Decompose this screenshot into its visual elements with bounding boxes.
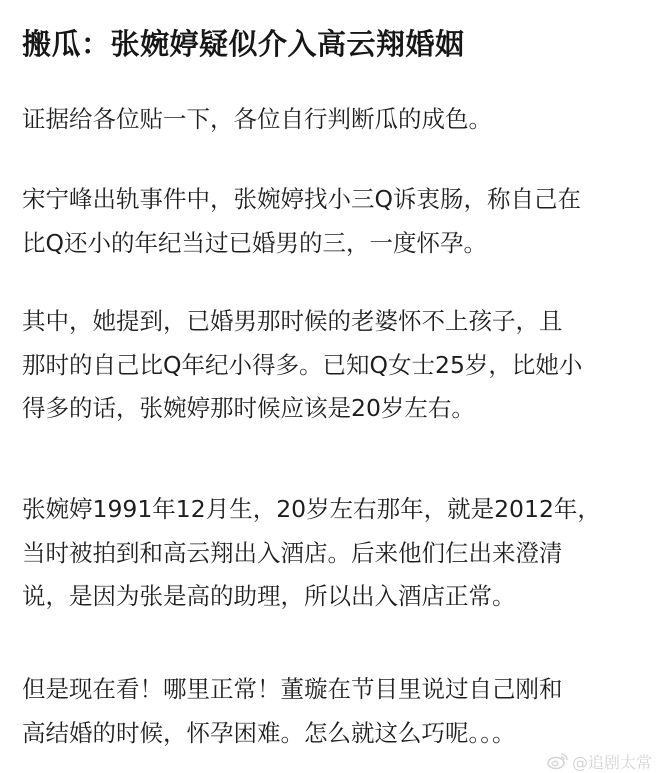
paragraph-line: 当时被拍到和高云翔出入酒店。后来他们仨出来澄清 bbox=[22, 532, 642, 576]
paragraph-line: 比Q还小的年纪当过已婚男的三，一度怀孕。 bbox=[22, 222, 642, 266]
paragraph-2012-hotel: 张婉婷1991年12月生，20岁左右那年，就是2012年， 当时被拍到和高云翔出… bbox=[22, 488, 642, 619]
paragraph-line: 得多的话，张婉婷那时候应该是20岁左右。 bbox=[22, 387, 642, 431]
paragraph-line: 高结婚的时候，怀孕困难。怎么就这么巧呢。。。 bbox=[22, 712, 642, 756]
paragraph-evidence-intro: 证据给各位贴一下，各位自行判断瓜的成色。 bbox=[22, 98, 642, 142]
weibo-logo-icon bbox=[547, 752, 569, 770]
paragraph-line: 那时的自己比Q年纪小得多。已知Q女士25岁，比她小 bbox=[22, 344, 642, 388]
paragraph-conclusion: 但是现在看！哪里正常！董璇在节目里说过自己刚和 高结婚的时候，怀孕困难。怎么就这… bbox=[22, 668, 642, 755]
watermark: @追剧太常 bbox=[547, 751, 652, 771]
paragraph-line: 证据给各位贴一下，各位自行判断瓜的成色。 bbox=[22, 98, 642, 142]
paragraph-age-reasoning: 其中，她提到，已婚男那时候的老婆怀不上孩子，且 那时的自己比Q年纪小得多。已知Q… bbox=[22, 300, 642, 431]
paragraph-line: 但是现在看！哪里正常！董璇在节目里说过自己刚和 bbox=[22, 668, 642, 712]
paragraph-line: 宋宁峰出轨事件中，张婉婷找小三Q诉衷肠，称自己在 bbox=[22, 178, 642, 222]
paragraph-line: 其中，她提到，已婚男那时候的老婆怀不上孩子，且 bbox=[22, 300, 642, 344]
paragraph-song-ningfeng-incident: 宋宁峰出轨事件中，张婉婷找小三Q诉衷肠，称自己在 比Q还小的年纪当过已婚男的三，… bbox=[22, 178, 642, 265]
watermark-handle: @追剧太常 bbox=[572, 751, 652, 771]
post-title: 搬瓜：张婉婷疑似介入高云翔婚姻 bbox=[22, 22, 465, 63]
paragraph-line: 说，是因为张是高的助理，所以出入酒店正常。 bbox=[22, 575, 642, 619]
paragraph-line: 张婉婷1991年12月生，20岁左右那年，就是2012年， bbox=[22, 488, 642, 532]
